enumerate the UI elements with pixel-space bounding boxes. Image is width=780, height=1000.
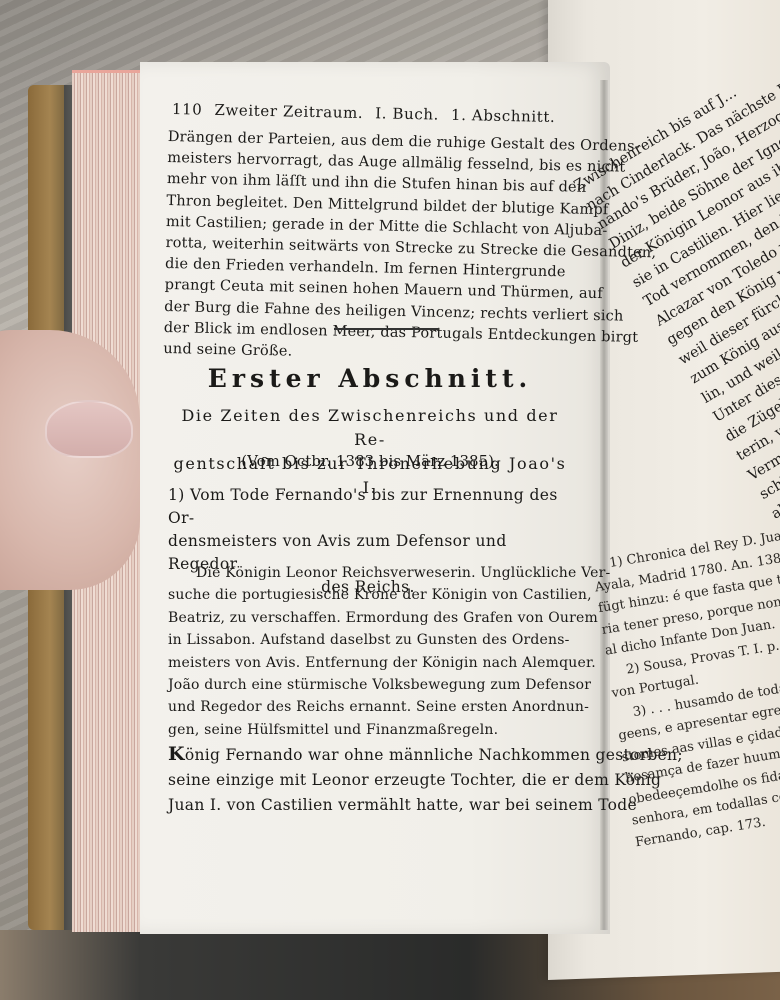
text-line: Die Zeiten des Zwischenreichs und der Re… xyxy=(170,404,570,452)
section-divider-rule xyxy=(334,328,438,330)
text-line: Die Königin Leonor Reichsverweserin. Ung… xyxy=(168,562,568,584)
drop-cap: K xyxy=(168,743,185,765)
text-line: suche die portugiesische Krone der König… xyxy=(168,584,568,606)
text-line: und Regedor des Reichs ernannt. Seine er… xyxy=(168,696,568,718)
page-number: 110 xyxy=(172,100,203,119)
text-line: 1) Vom Tode Fernando's bis zur Ernennung… xyxy=(168,484,568,530)
text-line: meisters von Avis. Entfernung der Königi… xyxy=(168,652,568,674)
text-line: König Fernando war ohne männliche Nachko… xyxy=(168,742,588,768)
section-summary: Die Königin Leonor Reichsverweserin. Ung… xyxy=(168,562,568,741)
text-line: João durch eine stürmische Volksbewegung… xyxy=(168,674,568,696)
opening-paragraph: Drängen der Parteien, aus dem die ruhige… xyxy=(163,127,558,368)
text-line: seine einzige mit Leonor erzeugte Tochte… xyxy=(168,768,588,793)
text-line-rest: önig Fernando war ohne männliche Nachkom… xyxy=(185,746,683,764)
text-line: in Lissabon. Aufstand daselbst zu Gunste… xyxy=(168,629,568,651)
text-line: gen, seine Hülfsmittel und Finanzmaßrege… xyxy=(168,719,568,741)
hand-thumb xyxy=(0,330,140,590)
text-line: Juan I. von Castilien vermählt hatte, wa… xyxy=(168,793,588,818)
thumbnail-nail xyxy=(45,400,133,458)
running-head-book: I. Buch. xyxy=(375,104,439,123)
running-head-section: 1. Abschnitt. xyxy=(451,106,556,126)
chapter-title: Erster Abschnitt. xyxy=(175,364,565,393)
body-text: König Fernando war ohne männliche Nachko… xyxy=(168,742,588,818)
chapter-dates: (Vom Octbr. 1383 bis März 1385). xyxy=(170,452,570,470)
running-head-period: Zweiter Zeitraum. xyxy=(214,101,363,122)
text-line: Beatriz, zu verschaffen. Ermordung des G… xyxy=(168,607,568,629)
